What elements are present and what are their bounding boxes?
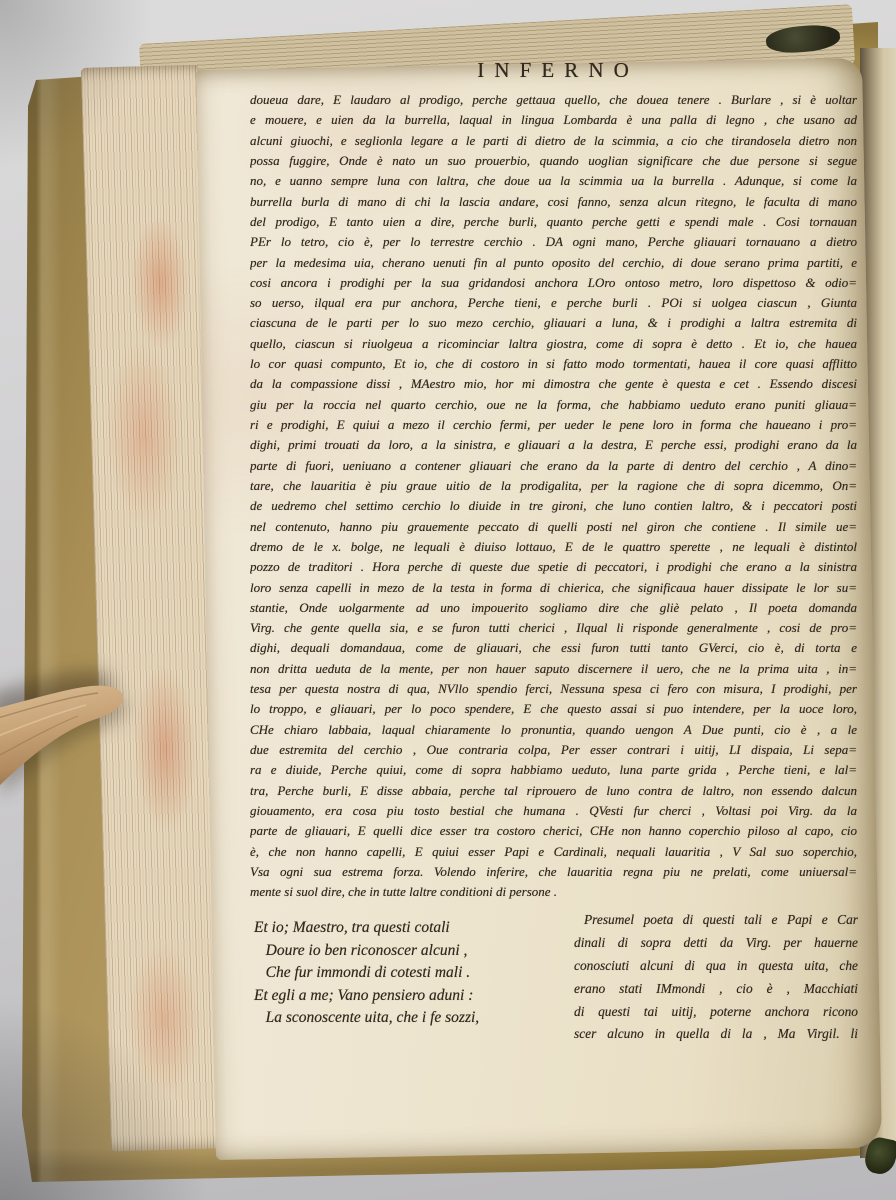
text-line: giouamento, era cosa piu tosto bestial c… [250,801,857,821]
text-line: dighi, primi trouati da loro, a la sinis… [250,435,857,455]
text-line: conosciuti alcuni di qua in questa uita,… [574,955,858,978]
text-line: so uerso, ilqual era pur anchora, Perche… [250,293,857,313]
text-line: tra, Perche burli, E disse abbaia, perch… [250,781,857,801]
text-line: tare, che lauaritia è piu graue uitio de… [250,476,857,496]
text-line: Virg. che gente quella sia, e se furon t… [250,618,857,638]
text-line: Et io; Maestro, tra questi cotali [254,917,584,940]
text-line: loro senza capelli in mezo de la testa i… [250,578,857,598]
text-line: parte de gliauari, E quelli dice esser t… [250,821,857,841]
text-line: quello, ciascun si riuolgeua a ricominci… [250,334,857,354]
text-line: Che fur immondi di cotesti mali . [254,962,584,985]
text-line: La sconoscente uita, che i fe sozzi, [254,1007,584,1030]
text-line: Doure io ben riconoscer alcuni , [254,940,584,963]
text-line: per la medesima uia, cherano uenuti fin … [250,253,857,273]
text-line: dighi, dequali domandaua, come de gliaua… [250,638,857,658]
text-line: lo troppo, e gliauari, per lo poco spend… [250,699,857,719]
text-line: lo cor quasi compunto, Et io, che di cos… [250,354,857,374]
text-line: cosi ancora i prodighi per la sua gridan… [250,273,857,293]
text-line: dinali di sopra detti da Virg. per hauer… [574,932,858,955]
page-heading: INFERNO [250,58,856,83]
text-line: nel contenuto, hanno piu grauemente pecc… [250,517,857,537]
bone-folder-tool [0,656,138,796]
text-line: CHe chiaro labbaia, laqual chiaramente l… [250,720,857,740]
text-line: burrella burla di mano di chi la lascia … [250,192,857,212]
text-line: alcuni giuochi, e seglionla legare a le … [250,131,857,151]
text-line: ciascuna de le parti per lo suo mezo cer… [250,313,857,333]
text-line: ra e diuide, Perche quiui, come di sopra… [250,760,857,780]
text-line: stantie, Onde uolgarmente ad uno impouer… [250,598,857,618]
text-line: mente si suol dire, che in tutte laltre … [250,882,857,902]
text-line: Et egli a me; Vano pensiero aduni : [254,985,584,1008]
text-line: doueua dare, E laudaro al prodigo, perch… [250,90,857,110]
text-line: giu per la roccia nel quarto cerchio, ou… [250,395,857,415]
text-line: e mouere, e uien da la burrella, laqual … [250,110,857,130]
verse-quote-block: Et io; Maestro, tra questi cotali Doure … [254,917,584,1030]
book-photo: INFERNO doueua dare, E laudaro al prodig… [0,0,896,1200]
text-line: scer alcuno in quella di la , Ma Virgil.… [574,1023,858,1046]
text-line: tesa per questa nostra di qua, NVllo spe… [250,679,857,699]
text-line: Presumel poeta di questi tali e Papi e C… [574,909,858,932]
text-line: parte di fuori, ueniuano a contener glia… [250,456,857,476]
text-line: erano stati IMmondi , cio è , Macchiati [574,978,858,1001]
commentary-right-column: Presumel poeta di questi tali e Papi e C… [574,909,858,1046]
text-line: de uedremo chel settimo cerchio lo diuid… [250,496,857,516]
text-line: di questi tai uitij, poterne anchora ric… [574,1001,858,1024]
text-line: dremo de le x. bolge, ne lequali è diuis… [250,537,857,557]
text-line: PEr lo tetro, cio è, per lo terrestre ce… [250,232,857,252]
text-line: non dritta ueduta de la mente, per non h… [250,659,857,679]
text-line: due estremita del cerchio , Oue contrari… [250,740,857,760]
text-line: Vsa ogni sua estrema forza. Volendo infe… [250,862,857,882]
commentary-main-block: doueua dare, E laudaro al prodigo, perch… [250,90,857,903]
text-line: no, e uanno sempre luna con laltra, che … [250,171,857,191]
text-line: del prodigo, E tanto uien a dire, perche… [250,212,857,232]
text-line: è, che non hanno capelli, E quiui esser … [250,842,857,862]
text-line: pozzo de traditori . Hora perche di ques… [250,557,857,577]
text-line: ri e prodighi, E quiui a mezo il cerchio… [250,415,857,435]
text-line: possa fuggire, Onde è nato un suo prouer… [250,151,857,171]
text-line: da la compassione dissi , MAestro mio, h… [250,374,857,394]
